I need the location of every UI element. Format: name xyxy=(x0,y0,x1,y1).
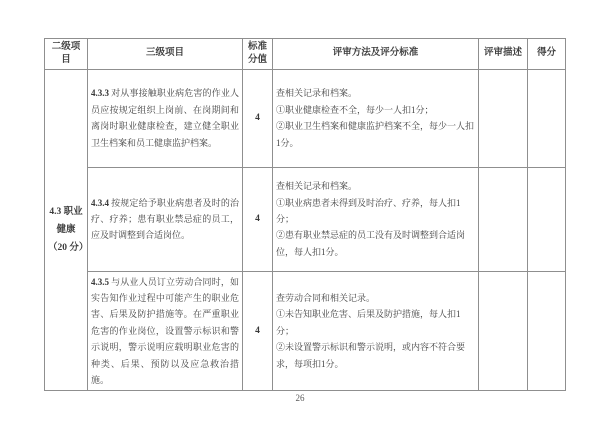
item-cell: 4.3.3对从事接触职业病危害的作业人员应按规定组织上岗前、在岗期间和离岗时职业… xyxy=(88,69,243,167)
header-score: 得分 xyxy=(528,39,566,70)
review-desc-cell xyxy=(479,167,528,271)
score-cell xyxy=(528,69,566,167)
group-label-cell: 4.3 职业健康（20 分） xyxy=(45,69,88,391)
document-page: 二级项目 三级项目 标准分值 评审方法及评分标准 评审描述 得分 4.3 职业健… xyxy=(0,0,600,424)
standard-score-cell: 4 xyxy=(243,167,273,271)
table-row: 4.3.5与从业人员订立劳动合同时，如实告知作业过程中可能产生的职业危害、后果及… xyxy=(45,271,566,391)
method-cell: 查相关记录和档案。 ①职业健康检查不全，每少一人扣1分； ②职业卫生档案和健康监… xyxy=(273,69,479,167)
item-text: 与从业人员订立劳动合同时，如实告知作业过程中可能产生的职业危害、后果及防护措施等… xyxy=(91,277,239,385)
standard-score-cell: 4 xyxy=(243,271,273,391)
header-level3: 三级项目 xyxy=(88,39,243,70)
table-row: 4.3.4按规定给予职业病患者及时的治疗、疗养；患有职业禁忌症的员工，应及时调整… xyxy=(45,167,566,271)
item-code: 4.3.4 xyxy=(91,198,109,208)
page-number: 26 xyxy=(0,393,600,403)
header-review-desc: 评审描述 xyxy=(479,39,528,70)
item-code: 4.3.3 xyxy=(91,88,109,98)
item-text: 对从事接触职业病危害的作业人员应按规定组织上岗前、在岗期间和离岗时职业健康检查，… xyxy=(91,88,239,147)
header-level2: 二级项目 xyxy=(45,39,88,70)
table-row: 4.3 职业健康（20 分） 4.3.3对从事接触职业病危害的作业人员应按规定组… xyxy=(45,69,566,167)
review-desc-cell xyxy=(479,271,528,391)
item-code: 4.3.5 xyxy=(91,277,109,287)
item-cell: 4.3.5与从业人员订立劳动合同时，如实告知作业过程中可能产生的职业危害、后果及… xyxy=(88,271,243,391)
item-text: 按规定给予职业病患者及时的治疗、疗养；患有职业禁忌症的员工，应及时调整到合适岗位… xyxy=(91,198,239,241)
review-desc-cell xyxy=(479,69,528,167)
standard-score-cell: 4 xyxy=(243,69,273,167)
header-method: 评审方法及评分标准 xyxy=(273,39,479,70)
method-cell: 查相关记录和档案。 ①职业病患者未得到及时治疗、疗养，每人扣1分； ②患有职业禁… xyxy=(273,167,479,271)
review-table: 二级项目 三级项目 标准分值 评审方法及评分标准 评审描述 得分 4.3 职业健… xyxy=(44,38,566,391)
header-standard-score: 标准分值 xyxy=(243,39,273,70)
item-cell: 4.3.4按规定给予职业病患者及时的治疗、疗养；患有职业禁忌症的员工，应及时调整… xyxy=(88,167,243,271)
score-cell xyxy=(528,167,566,271)
method-cell: 查劳动合同和相关记录。 ①未告知职业危害、后果及防护措施，每人扣1分； ②未设置… xyxy=(273,271,479,391)
table-header-row: 二级项目 三级项目 标准分值 评审方法及评分标准 评审描述 得分 xyxy=(45,39,566,70)
score-cell xyxy=(528,271,566,391)
